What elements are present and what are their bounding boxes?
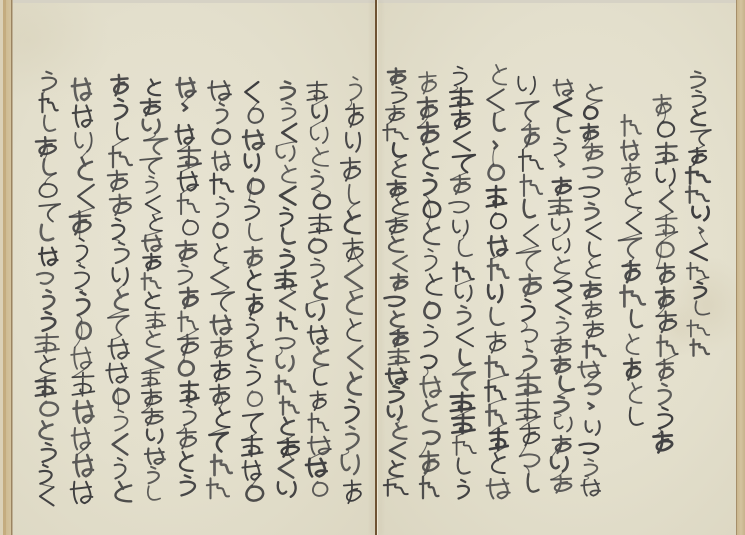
brush-ink-strokes (206, 78, 234, 500)
book-gutter (375, 0, 377, 535)
book-spread: うゑにゆしとみへとこそとろうりき 院にいこらの夜めうこりもとんあれ御心の うらそ… (0, 0, 745, 535)
brush-ink-strokes (548, 77, 576, 494)
brush-ink-strokes (173, 75, 201, 497)
brush-ink-strokes (106, 73, 134, 504)
brush-ink-strokes (69, 75, 97, 505)
brush-ink-strokes (304, 80, 332, 500)
left-page-edge (0, 0, 13, 535)
brush-ink-strokes (618, 113, 646, 430)
brush-ink-strokes (239, 80, 267, 505)
text-column: らせまそてまつりしわいうそんて私万れしろ (448, 65, 476, 500)
text-column: いてやはれしくてあうつろ庭若あつし (515, 73, 543, 497)
text-column: そのおりのらんなとみるころひて敵人の (239, 80, 267, 505)
left-page: うゑにゆしとみへとこそとろうりき 院にいこらの夜めうこりもとんあれ御心の うらそ… (0, 0, 376, 535)
right-page: ちるとてあれはいゝくれらんぼれ あのせりへ人のあまみれあるけを わかきさそてあれ… (377, 0, 745, 535)
text-column: ゆゑきこうのこうとめうつ母とつきね (416, 70, 444, 500)
text-column: ちるとてあれはいゝくれらんぼれ (685, 70, 713, 357)
text-column: 内うの大ねうのこくむ人ゆあきとてたは (206, 78, 234, 500)
text-column: ゆらなれしとあさまさへあつさを見もうりさそさは (383, 67, 411, 497)
brush-ink-strokes (33, 70, 61, 507)
text-column: おかりとそみるうるの位大将夜乃侍 (69, 75, 97, 505)
brush-ink-strokes (515, 73, 543, 497)
text-column: こそしよの人の見わりんあれたは佐さ道 (483, 63, 511, 500)
brush-ink-strokes (448, 65, 476, 500)
brush-ink-strokes (685, 70, 713, 357)
text-column: まうしぬまあらうにとて三月のうへうと (106, 73, 134, 504)
text-column: うらそいとくうしう我へねつりわれとなくい (273, 80, 301, 500)
text-column: とありてむうへともあれと人こそ内あまり知らし (139, 78, 167, 504)
brush-ink-strokes (483, 63, 511, 500)
brush-ink-strokes (651, 93, 679, 454)
brush-ink-strokes (139, 78, 167, 504)
top-page-edge (0, 0, 745, 3)
text-column: 御よ中将もれのあうきはあの出けまさる (173, 75, 201, 497)
text-column: とのあまえつろへしさきみなれ事つゝいつら給 (578, 83, 606, 497)
brush-ink-strokes (578, 83, 606, 497)
text-column: 院にいこらの夜めうこりもとんあれ御心の (304, 80, 332, 500)
text-column: わかきさそてあれしとやさん (618, 113, 646, 430)
brush-ink-strokes (416, 70, 444, 500)
text-column: あのせりへ人のあまみれあるけを (651, 93, 679, 454)
brush-ink-strokes (383, 67, 411, 497)
right-page-edge (736, 0, 745, 535)
brush-ink-strokes (339, 75, 367, 505)
text-column: うゑにゆしとみへとこそとろうりき (339, 75, 367, 505)
brush-ink-strokes (273, 80, 301, 500)
text-column: 給へんうほを見にいこえへるをあしうりなりや (548, 77, 576, 494)
text-column: うれしなしめてん八つらう射さ人のこうらく (33, 70, 61, 507)
